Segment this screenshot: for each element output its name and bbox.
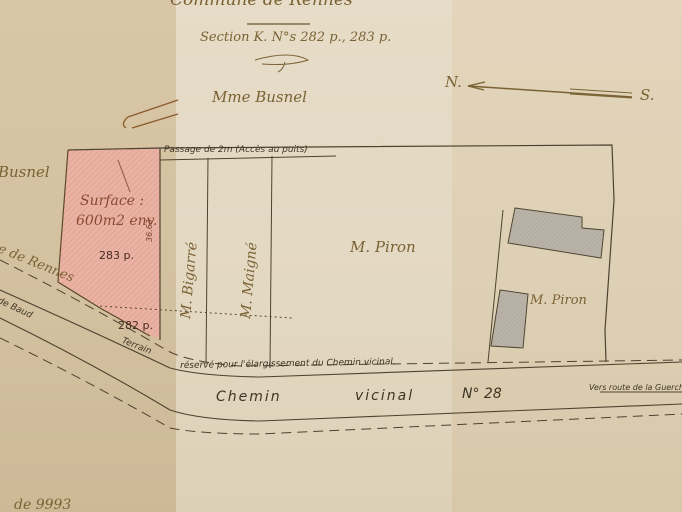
owner-piron-main: M. Piron: [350, 238, 416, 256]
cadastral-plan: Commune de Rennes Section K. N°s 282 p.,…: [0, 0, 682, 512]
owner-mme-busnel: Mme Busnel: [212, 88, 307, 106]
north-arrow-icon: [468, 82, 632, 98]
south-label: S.: [640, 86, 655, 104]
commune-title: Commune de Rennes: [170, 0, 353, 10]
owner-busnel-left: Busnel: [0, 163, 50, 181]
road-name-vicinal: vicinal: [355, 388, 414, 404]
access-lines: [123, 100, 178, 128]
bottom-text-fragment: de 9993: [14, 497, 71, 512]
lot-283-label: 283 p.: [99, 249, 134, 262]
passage-label: Passage de 2m (Accès au puits): [164, 145, 308, 155]
road-edge-bottom: [0, 318, 682, 421]
road-dashed-bottom: [0, 338, 682, 434]
road-direction: Vers route de la Guerche: [589, 383, 682, 392]
flourish-icon: [255, 55, 308, 72]
lot-282-label: 282 p.: [118, 319, 153, 332]
road-name-chemin: Chemin: [216, 389, 282, 405]
road-number: N° 28: [462, 386, 502, 402]
north-label: N.: [445, 73, 462, 91]
section-label: Section K. N°s 282 p., 283 p.: [200, 30, 391, 45]
owner-piron-buildings: M. Piron: [530, 293, 587, 308]
dimension-label: 36.63: [145, 219, 154, 242]
surface-label: Surface :: [80, 193, 144, 209]
